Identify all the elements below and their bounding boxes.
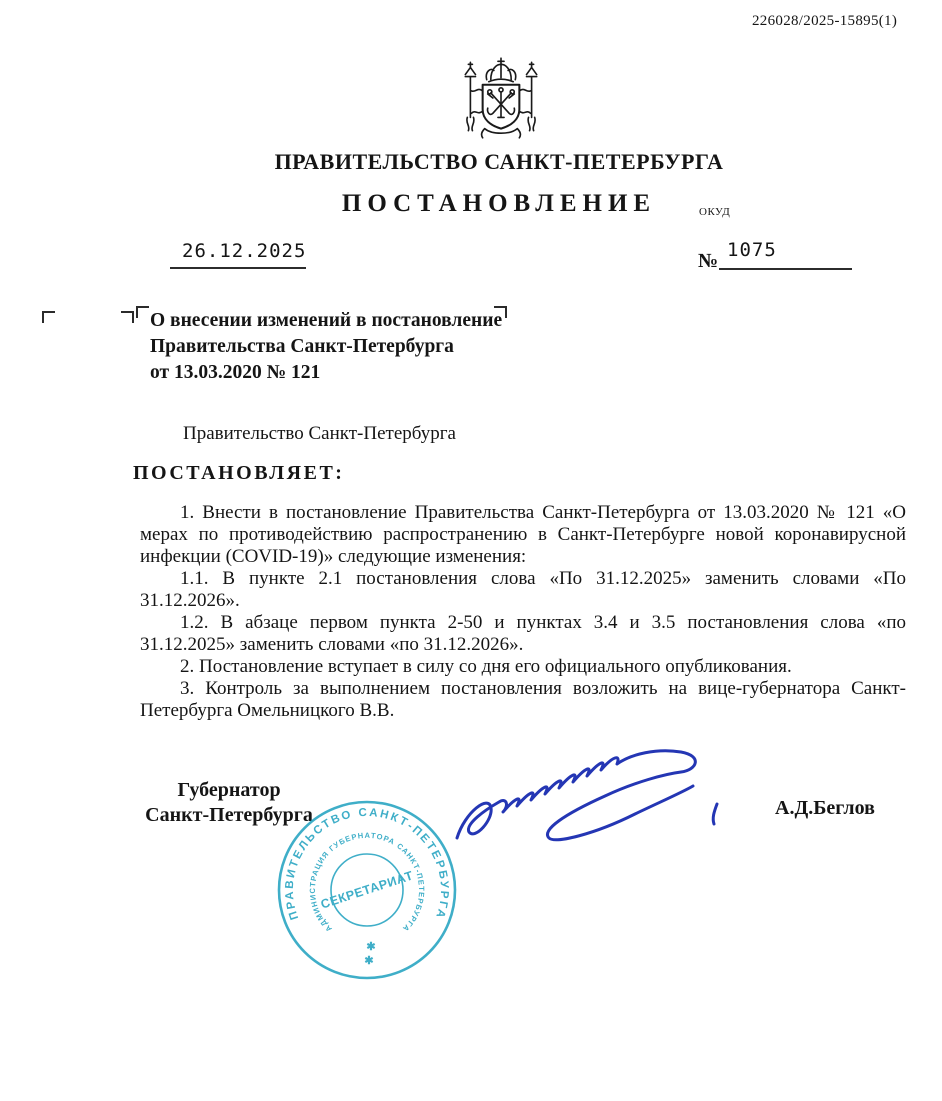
registry-number: 226028/2025-15895(1)	[752, 13, 897, 30]
date-underline	[170, 267, 306, 269]
document-date: 26.12.2025	[182, 240, 306, 262]
okud-label: ОКУД	[699, 206, 730, 218]
stamp-center-text: СЕКРЕТАРИАТ	[319, 868, 415, 911]
body-text: 1. Внести в постановление Правительства …	[140, 502, 906, 722]
stamp-star: ✱	[366, 941, 375, 953]
number-underline	[719, 268, 852, 270]
preamble-text: Правительство Санкт-Петербурга	[183, 423, 456, 445]
coat-of-arms-icon	[450, 54, 552, 140]
signature-tick-stroke	[713, 804, 717, 824]
paragraph: 3. Контроль за выполнением постановления…	[140, 678, 906, 722]
form-corner-mark	[121, 311, 134, 323]
document-type-title: ПОСТАНОВЛЕНИЕ	[0, 190, 942, 218]
signer-name: А.Д.Беглов	[775, 797, 875, 820]
paragraph: 1.2. В абзаце первом пункта 2-50 и пункт…	[140, 612, 906, 656]
subject-line: О внесении изменений в постановление	[150, 308, 502, 334]
paragraph: 1. Внести в постановление Правительства …	[140, 502, 906, 568]
resolves-label: ПОСТАНОВЛЯЕТ:	[133, 462, 344, 485]
handwritten-signature	[445, 748, 745, 853]
form-corner-mark	[136, 306, 149, 318]
organization-name: ПРАВИТЕЛЬСТВО САНКТ-ПЕТЕРБУРГА	[0, 149, 942, 175]
subject-line: Правительства Санкт-Петербурга	[150, 334, 502, 360]
paragraph: 1.1. В пункте 2.1 постановления слова «П…	[140, 568, 906, 612]
document-page: 226028/2025-15895(1) ПР	[0, 0, 942, 1101]
stamp-star: ✱	[364, 955, 373, 967]
number-sign-label: №	[698, 250, 718, 273]
signature-stroke	[457, 751, 695, 840]
document-number: 1075	[727, 239, 777, 261]
round-stamp: ПРАВИТЕЛЬСТВО САНКТ-ПЕТЕРБУРГА АДМИНИСТР…	[267, 790, 467, 990]
paragraph: 2. Постановление вступает в силу со дня …	[140, 656, 906, 678]
subject-block: О внесении изменений в постановление Пра…	[150, 308, 502, 386]
form-corner-mark	[42, 311, 55, 323]
subject-line: от 13.03.2020 № 121	[150, 360, 502, 386]
